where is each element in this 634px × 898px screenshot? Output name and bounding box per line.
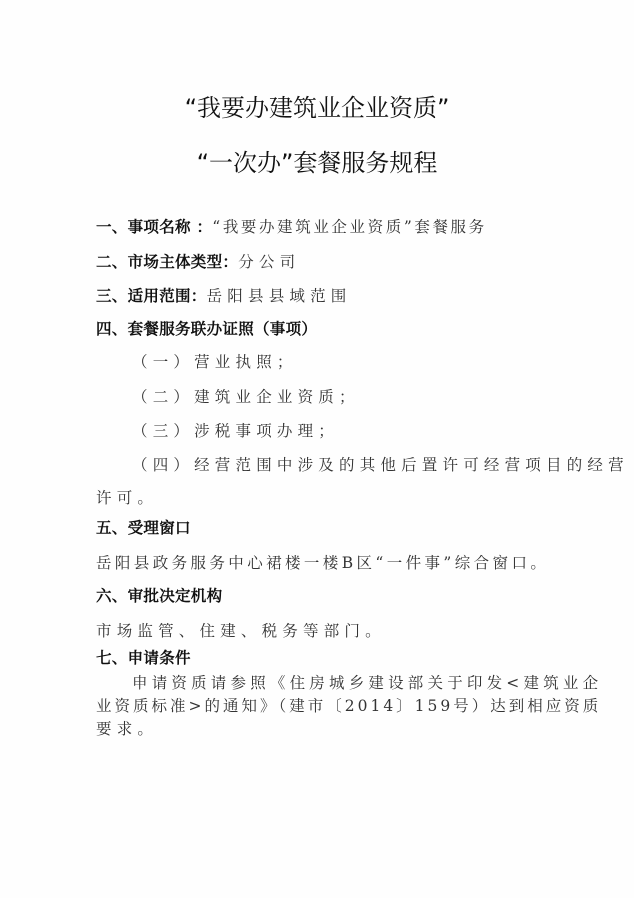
list-item: （二）建筑业企业资质；: [132, 385, 578, 407]
section-body: 市场监管、住建、税务等部门。: [96, 619, 542, 641]
section-heading: 七、申请条件: [96, 649, 191, 667]
section-heading: 五、受理窗口: [96, 519, 191, 537]
section-heading: 四、套餐服务联办证照（事项）: [96, 320, 317, 338]
section-application-conditions: 七、申请条件: [96, 647, 542, 670]
document-page: “我要办建筑业企业资质” “一次办”套餐服务规程 一、事项名称 ：“我要办建筑业…: [0, 0, 634, 898]
section-scope: 三、适用范围：岳阳县县域范围: [96, 285, 542, 308]
section-approval-authority: 六、审批决定机构: [96, 585, 542, 608]
section-body-line: 要求。: [96, 717, 542, 739]
section-value: “我要办建筑业企业资质”套餐服务: [212, 218, 486, 236]
section-entity-type: 二、市场主体类型：分公司: [96, 251, 542, 274]
document-title-line-1: “我要办建筑业企业资质”: [0, 88, 634, 123]
section-heading: 二、市场主体类型：: [96, 253, 238, 271]
list-item: （一）营业执照；: [132, 350, 578, 372]
section-service-window: 五、受理窗口: [96, 517, 542, 540]
section-body: 岳阳县政务服务中心裙楼一楼B区“一件事”综合窗口。: [96, 551, 542, 573]
section-body-line: 业资质标准>的通知》（建市〔2014〕159号）达到相应资质: [96, 694, 542, 716]
list-item: （四）经营范围中涉及的其他后置许可经营项目的经营: [132, 453, 578, 475]
section-heading: 一、事项名称 ：: [96, 218, 212, 236]
list-item-continuation: 许可。: [96, 486, 542, 508]
section-value: 分公司: [238, 253, 300, 271]
section-body-line: 申请资质请参照《住房城乡建设部关于印发<建筑业企: [132, 671, 578, 693]
document-title-line-2: “一次办”套餐服务规程: [0, 143, 634, 178]
section-bundled-licenses: 四、套餐服务联办证照（事项）: [96, 318, 542, 341]
section-value: 岳阳县县域范围: [207, 287, 352, 305]
section-heading: 六、审批决定机构: [96, 587, 222, 605]
section-heading: 三、适用范围：: [96, 287, 207, 305]
list-item: （三）涉税事项办理；: [132, 419, 578, 441]
section-item-name: 一、事项名称 ：“我要办建筑业企业资质”套餐服务: [96, 216, 542, 239]
